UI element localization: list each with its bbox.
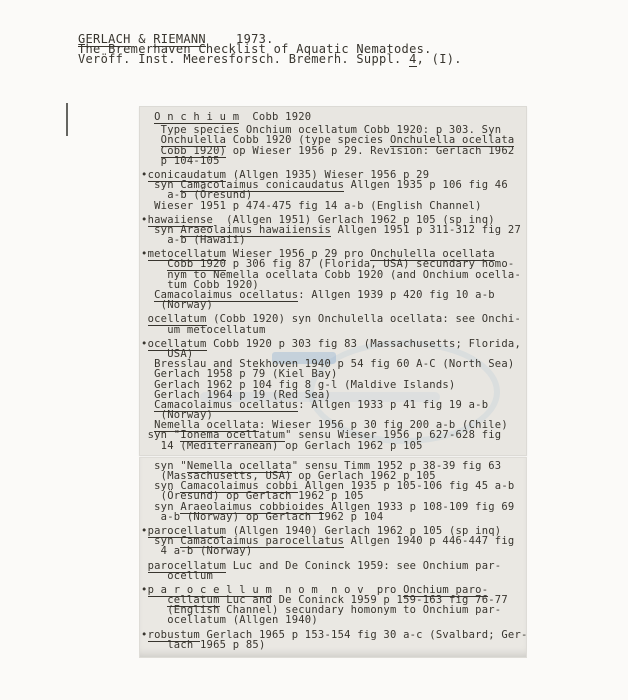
header-line: The Bremerhaven Checklist of Aquatic Nem… (78, 40, 462, 50)
text-segment: Wieser 1951 p 474-475 fig 14 a-b (Englis… (154, 200, 482, 212)
text-segment: 14 (Mediterranean) op Gerlach 1962 p 105 (161, 440, 423, 452)
text-segment: : Allgen 1939 p 420 fig 10 a-b (298, 289, 495, 301)
text-segment: ocellum (167, 570, 213, 582)
taxon-name: O n c h i u m (154, 111, 239, 124)
text-segment: Cobb 1920 p 303 fig 83 (Massachusetts; F… (207, 338, 521, 350)
text-line: O n c h i u m Cobb 1920 (141, 112, 528, 122)
text-segment: Allgen 1951 p 311-312 fig 27 (331, 224, 521, 236)
text-segment: Allgen 1935 p 106 fig 46 (344, 179, 508, 191)
text-segment: op Wieser 1956 p 29. Revision: Gerlach 1… (226, 145, 514, 157)
text-line: p 104-105 (141, 156, 528, 166)
text-segment: ocellatum (Allgen 1940) (167, 614, 318, 626)
text-line: a-b (Norway) op Gerlach 1962 p 104 (141, 512, 528, 522)
text-segment: 4 a-b (Norway) (161, 545, 253, 557)
text-line: ocellum (141, 571, 528, 581)
text-segment: Cobb 1920 (239, 111, 311, 123)
text-segment: um metocellatum (167, 324, 265, 336)
header-line: GERLACH & RIEMANN 1973. (78, 30, 462, 40)
taxon-name: 4 (409, 52, 417, 67)
text-line: (Norway) (141, 300, 528, 310)
text-segment: a-b (Hawaii) (167, 234, 246, 246)
header-line: Veröff. Inst. Meeresforsch. Bremerh. Sup… (78, 50, 462, 60)
text-line: •ocellatum Cobb 1920 p 303 fig 83 (Massa… (141, 339, 528, 349)
text-segment: p 104-105 (161, 155, 220, 167)
text-segment: Luc and De Coninck 1959: see Onchium par… (226, 560, 501, 572)
text-segment: Veröff. Inst. Meeresforsch. Bremerh. Sup… (78, 52, 409, 66)
text-line: ocellatum (Allgen 1940) (141, 615, 528, 625)
scan-artifact-line (66, 103, 68, 136)
text-segment: a-b (Norway) op Gerlach 1962 p 104 (161, 511, 384, 523)
citation-header: GERLACH & RIEMANN 1973.The Bremerhaven C… (78, 30, 462, 61)
scan-page: GERLACH & RIEMANN 1973.The Bremerhaven C… (0, 0, 628, 700)
text-line: um metocellatum (141, 325, 528, 335)
text-line: 14 (Mediterranean) op Gerlach 1962 p 105 (141, 441, 528, 451)
text-segment: lach 1965 p 85) (167, 639, 265, 651)
text-segment: (Norway) (161, 299, 213, 311)
text-segment: , (I). (417, 52, 462, 66)
text-segment: Allgen 1940 p 446-447 fig (344, 535, 514, 547)
text-line: a-b (Hawaii) (141, 235, 528, 245)
text-line: lach 1965 p 85) (141, 640, 528, 650)
checklist-body: O n c h i u m Cobb 1920 Type species Onc… (141, 112, 528, 650)
text-line: Wieser 1951 p 474-475 fig 14 a-b (Englis… (141, 201, 528, 211)
text-segment: : Allgen 1933 p 41 fig 19 a-b (298, 399, 488, 411)
